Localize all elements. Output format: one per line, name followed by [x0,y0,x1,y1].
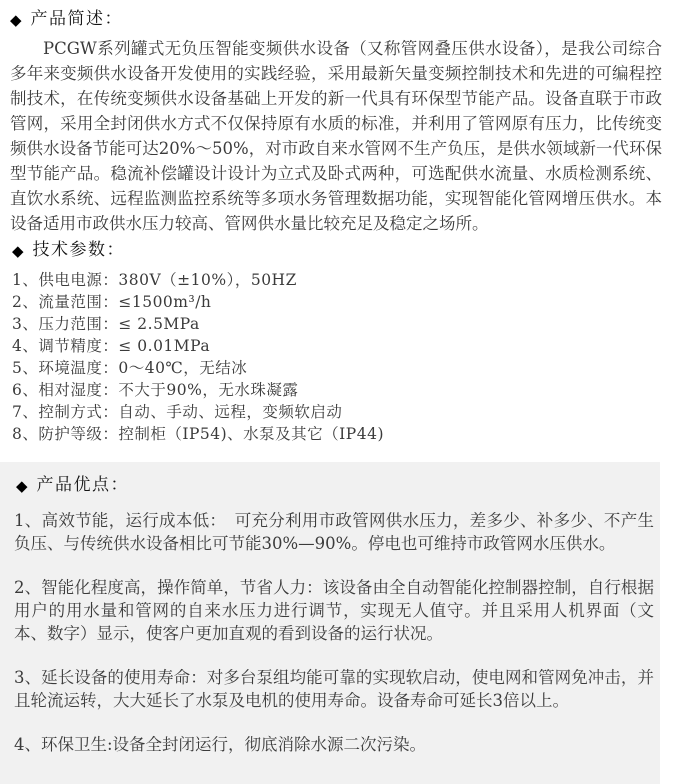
section-overview: ◆ 产品简述： PCGW系列罐式无负压智能变频供水设备（又称管网叠压供水设备），… [0,0,675,236]
advantage-paragraph: 3、延长设备的使用寿命：对多台泵组均能可靠的实现软启动，使电网和管网免冲击，并且… [14,666,654,712]
tech-param-item: 2、流量范围：≤1500m³/h [12,291,662,313]
overview-title: 产品简述： [31,9,124,30]
tech-param-item: 3、压力范围：≤ 2.5MPa [12,313,662,335]
section-tech-params: ◆ 技术参数： 1、供电电源：380V（±10%），50HZ 2、流量范围：≤1… [0,236,675,445]
diamond-bullet-icon: ◆ [10,13,22,28]
tech-param-item: 6、相对湿度：不大于90%，无水珠凝露 [12,379,662,401]
overview-paragraph: PCGW系列罐式无负压智能变频供水设备（又称管网叠压供水设备），是我公司综合多年… [10,36,662,236]
tech-param-item: 1、供电电源：380V（±10%），50HZ [12,269,662,291]
tech-params-list: 1、供电电源：380V（±10%），50HZ 2、流量范围：≤1500m³/h … [12,269,662,445]
advantage-paragraph: 4、环保卫生:设备全封闭运行，彻底消除水源二次污染。 [14,733,654,756]
product-document-page: ◆ 产品简述： PCGW系列罐式无负压智能变频供水设备（又称管网叠压供水设备），… [0,0,675,784]
tech-param-item: 7、控制方式：自动、手动、远程，变频软启动 [12,401,662,423]
advantages-heading: ◆ 产品优点： [16,475,654,496]
diamond-bullet-icon: ◆ [16,479,28,494]
tech-param-item: 5、环境温度：0～40℃，无结冰 [12,357,662,379]
diamond-bullet-icon: ◆ [12,244,24,259]
overview-heading: ◆ 产品简述： [10,9,662,30]
tech-params-heading: ◆ 技术参数： [12,240,662,261]
tech-param-item: 8、防护等级：控制柜（IP54)、水泵及其它（IP44) [12,423,662,445]
tech-param-item: 4、调节精度：≤ 0.01MPa [12,335,662,357]
advantage-paragraph: 2、智能化程度高，操作简单，节省人力：该设备由全自动智能化控制器控制，自行根据用… [14,576,654,645]
advantage-paragraph: 1、高效节能，运行成本低： 可充分利用市政管网供水压力，差多少、补多少、不产生负… [14,509,654,555]
advantages-title: 产品优点： [37,475,130,496]
section-advantages: ◆ 产品优点： 1、高效节能，运行成本低： 可充分利用市政管网供水压力，差多少、… [0,462,660,784]
tech-params-title: 技术参数： [33,240,126,261]
